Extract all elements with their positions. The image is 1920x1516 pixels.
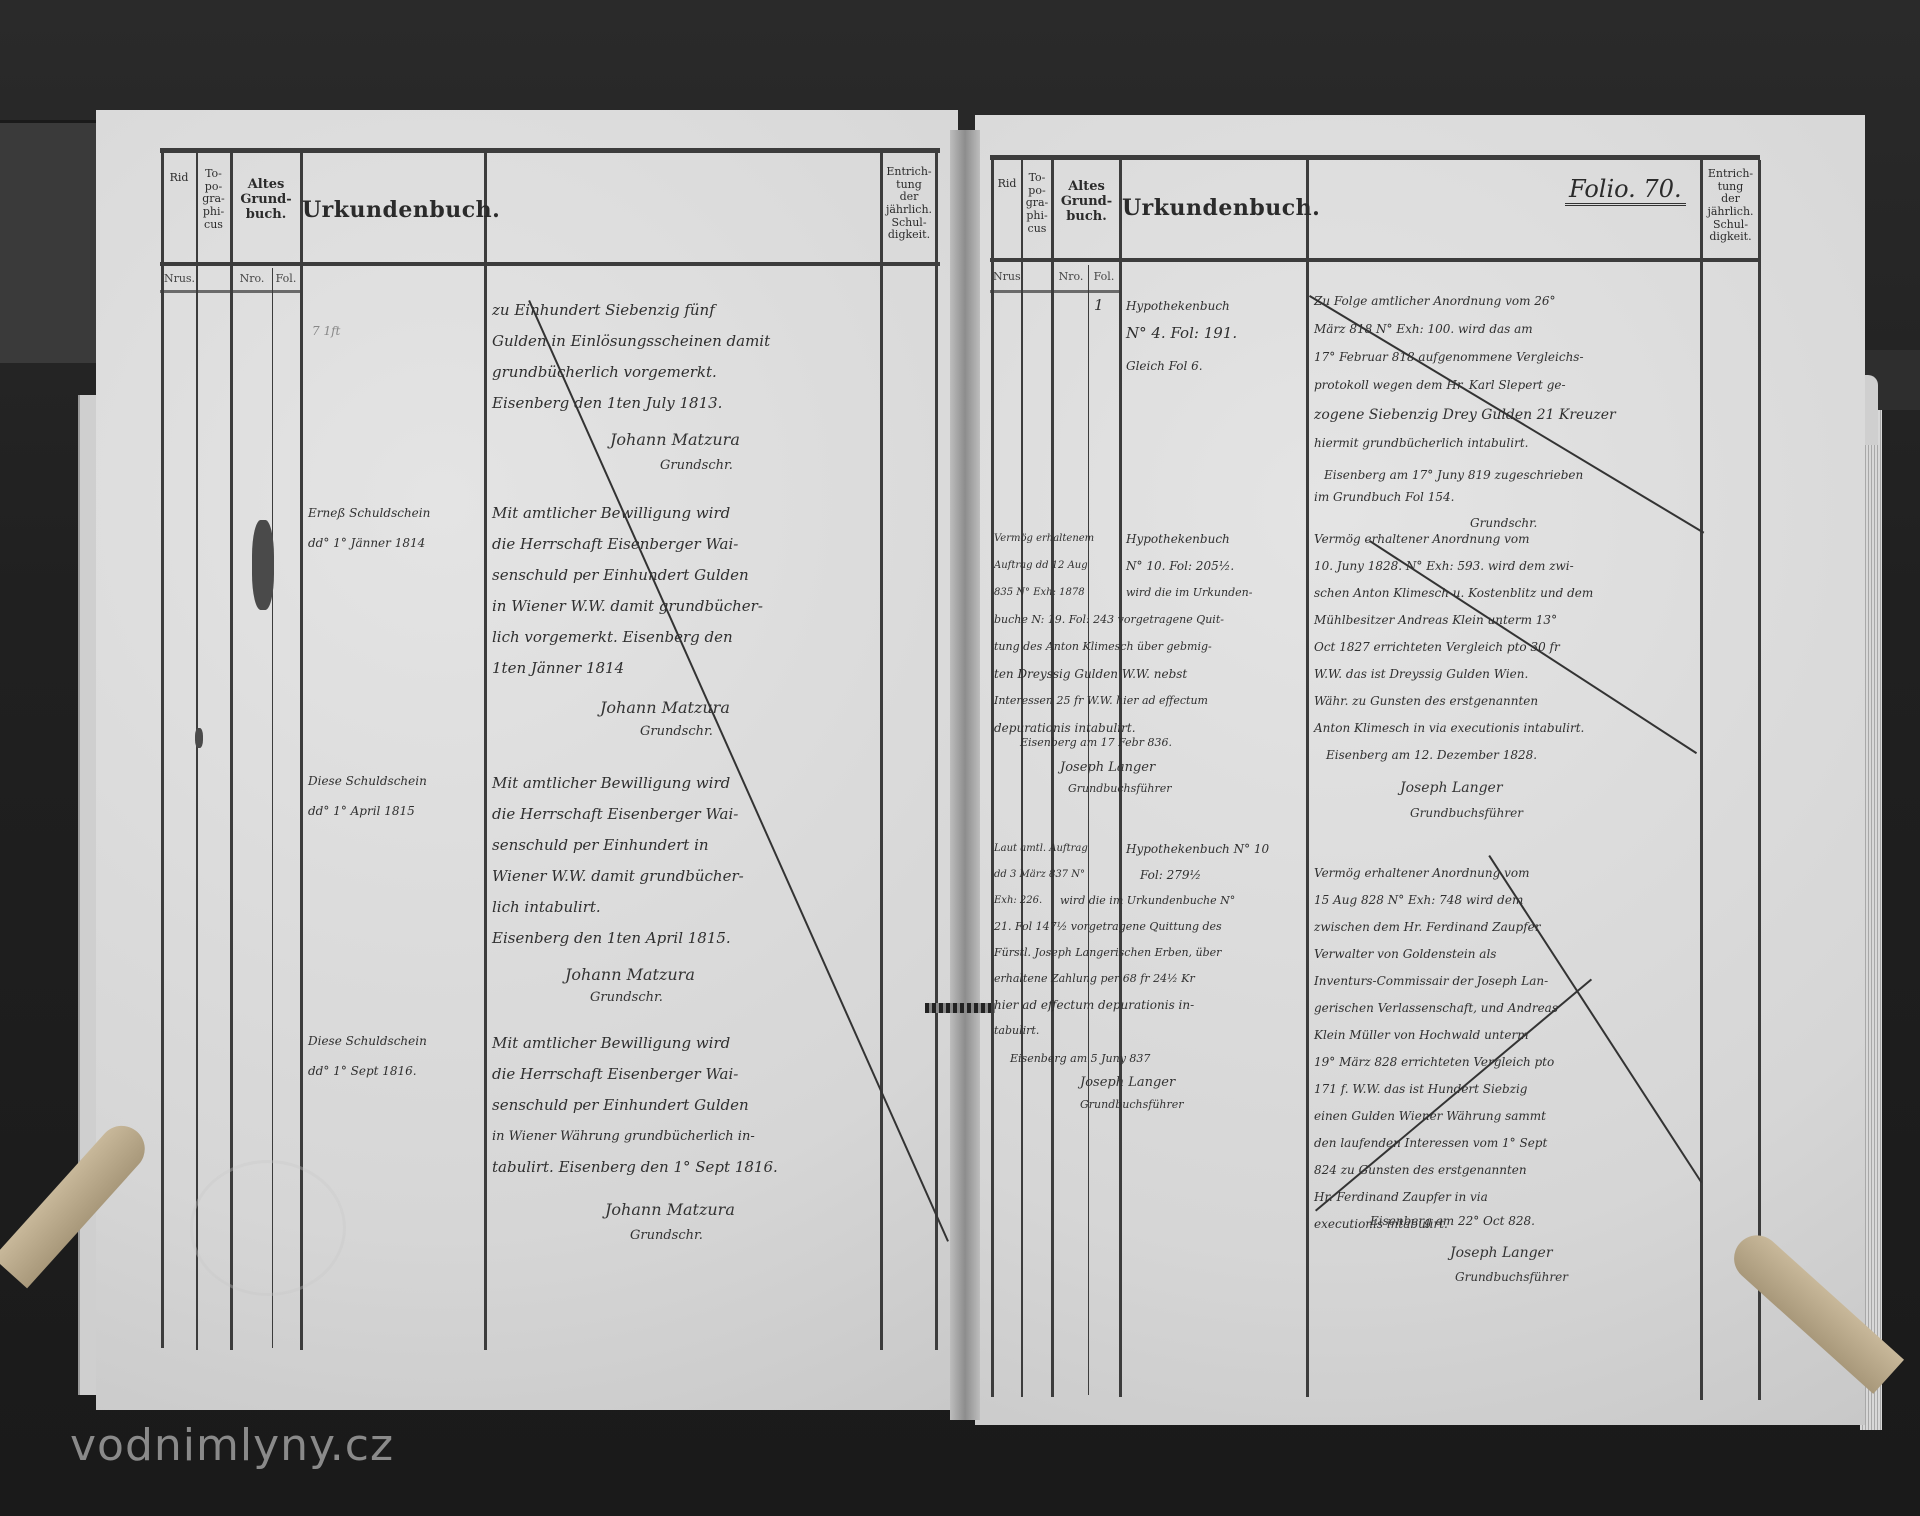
entry-reference: Erneß Schuldschein bbox=[308, 502, 430, 524]
right-col-line bbox=[1758, 160, 1761, 1400]
entry-line: senschuld per Einhundert Gulden bbox=[492, 560, 749, 591]
right-col-line bbox=[1088, 265, 1089, 1395]
right-col-line bbox=[1700, 160, 1703, 1400]
entry-line: die Herrschaft Eisenberger Wai- bbox=[492, 1059, 738, 1090]
entry-reference-text: Fürstl. Joseph Langerischen Erben, über bbox=[994, 942, 1221, 964]
entry-reference: dd° 1° Jänner 1814 bbox=[308, 532, 425, 554]
entry-line: Zu Folge amtlicher Anordnung vom 26° bbox=[1314, 290, 1556, 312]
signature-title: Grundbuchsführer bbox=[1455, 1270, 1568, 1284]
entry-line: den laufenden Interessen vom 1° Sept bbox=[1314, 1132, 1547, 1154]
signature-title: Grundbuchsführer bbox=[1410, 806, 1523, 820]
entry-line: 19° März 828 errichteten Vergleich pto bbox=[1314, 1051, 1554, 1073]
header-rid: Rid bbox=[993, 178, 1021, 191]
entry-reference-text: ten Dreyssig Gulden W.W. nebst bbox=[994, 663, 1187, 685]
entry-reference-text: wird die im Urkunden- bbox=[1126, 582, 1252, 604]
entry-line: März 818 N° Exh: 100. wird das am bbox=[1314, 318, 1533, 340]
subheader-fol: Fol. bbox=[1089, 270, 1119, 283]
entry-reference-text: tung des Anton Klimesch über gebmig- bbox=[994, 636, 1212, 658]
entry-line: zwischen dem Hr. Ferdinand Zaupfer bbox=[1314, 916, 1541, 938]
entry-line: senschuld per Einhundert in bbox=[492, 830, 709, 861]
entry-reference-text: Eisenberg am 17 Febr 836. bbox=[1020, 732, 1172, 754]
entry-line: senschuld per Einhundert Gulden bbox=[492, 1090, 749, 1121]
entry-reference: Diese Schuldschein bbox=[308, 770, 427, 792]
entry-line: in Wiener W.W. damit grundbücher- bbox=[492, 591, 763, 622]
entry-nro: 1 bbox=[1094, 290, 1104, 321]
entry-line: im Grundbuch Fol 154. bbox=[1314, 486, 1454, 508]
signature: Joseph Langer bbox=[1060, 760, 1155, 775]
right-col-line bbox=[991, 157, 994, 1397]
entry-line: Klein Müller von Hochwald unterm bbox=[1314, 1024, 1529, 1046]
entry-line: Eisenberg am 17° Juny 819 zugeschrieben bbox=[1324, 464, 1583, 486]
entry-line: tabulirt. Eisenberg den 1° Sept 1816. bbox=[492, 1152, 778, 1183]
right-top-rule bbox=[990, 155, 1760, 160]
entry-line: protokoll wegen dem Hr. Karl Slepert ge- bbox=[1314, 374, 1566, 396]
signature-title: Grundschr. bbox=[640, 724, 713, 739]
entry-line: lich vorgemerkt. Eisenberg den bbox=[492, 622, 733, 653]
entry-reference: dd° 1° April 1815 bbox=[308, 800, 415, 822]
header-rid: Rid bbox=[163, 172, 195, 185]
signature: Johann Matzura bbox=[605, 1200, 735, 1219]
right-col-line bbox=[1051, 157, 1054, 1397]
entry-reference-text: erhaltene Zahlung per 68 fr 24½ Kr bbox=[994, 968, 1195, 990]
subheader-nro: Nro. bbox=[1054, 270, 1088, 283]
entry-line: zu Einhundert Siebenzig fünf bbox=[492, 295, 715, 326]
header-urkundenbuch: Urkundenbuch. bbox=[1122, 196, 1306, 221]
entry-line: Mühlbesitzer Andreas Klein unterm 13° bbox=[1314, 609, 1557, 631]
entry-reference: Hypothekenbuch N° 10 bbox=[1126, 838, 1269, 860]
subheader-nro: Nro. bbox=[232, 272, 272, 285]
entry-reference: N° 4. Fol: 191. bbox=[1126, 318, 1237, 349]
entry-line: Wiener W.W. damit grundbücher- bbox=[492, 861, 744, 892]
left-col-line bbox=[196, 150, 198, 1350]
folio-number: Folio. 70. bbox=[1565, 175, 1686, 206]
book-gutter bbox=[950, 130, 980, 1420]
entry-line: zogene Siebenzig Drey Gulden 21 Kreuzer bbox=[1314, 404, 1616, 426]
entry-line: Währ. zu Gunsten des erstgenannten bbox=[1314, 690, 1538, 712]
left-top-rule bbox=[160, 148, 940, 153]
entry-line: die Herrschaft Eisenberger Wai- bbox=[492, 799, 738, 830]
right-col-line bbox=[1306, 157, 1309, 1397]
entry-line: Mit amtlicher Bewilligung wird bbox=[492, 1028, 730, 1059]
subheader-nrus: Nrus. bbox=[993, 270, 1021, 283]
entry-reference-text: Interessen 25 fr W.W. hier ad effectum bbox=[994, 690, 1208, 712]
entry-line: 10. Juny 1828. N° Exh: 593. wird dem zwi… bbox=[1314, 555, 1574, 577]
header-topographicus: To- po- gra- phi- cus bbox=[1023, 172, 1051, 235]
entry-reference: dd° 1° Sept 1816. bbox=[308, 1060, 417, 1082]
header-topographicus: To- po- gra- phi- cus bbox=[197, 168, 230, 231]
signature-title: Grundbuchsführer bbox=[1080, 1098, 1184, 1111]
entry-line: Mit amtlicher Bewilligung wird bbox=[492, 498, 730, 529]
ink-spot bbox=[195, 728, 203, 748]
header-altes-grundbuch: Altes Grund- buch. bbox=[1054, 180, 1119, 225]
binding-string bbox=[925, 1003, 995, 1013]
entry-line: 17° Februar 818 aufgenommene Vergleichs- bbox=[1314, 346, 1584, 368]
entry-line: schen Anton Klimesch u. Kostenblitz und … bbox=[1314, 582, 1593, 604]
signature: Joseph Langer bbox=[1450, 1245, 1553, 1261]
signature-title: Grundschr. bbox=[590, 990, 663, 1005]
entry-line: W.W. das ist Dreyssig Gulden Wien. bbox=[1314, 663, 1528, 685]
entry-reference-text: wird die im Urkundenbuche N° bbox=[1060, 890, 1235, 912]
entry-reference: Vermög erhaltenem bbox=[994, 528, 1094, 550]
entry-line: die Herrschaft Eisenberger Wai- bbox=[492, 529, 738, 560]
entry-reference: dd 3 März 837 N° bbox=[994, 864, 1085, 886]
entry-reference: Auftrag dd 12 Aug bbox=[994, 555, 1088, 577]
entry-line: 15 Aug 828 N° Exh: 748 wird dem bbox=[1314, 889, 1523, 911]
entry-reference: N° 10. Fol: 205½. bbox=[1126, 555, 1234, 577]
signature: Johann Matzura bbox=[565, 965, 695, 984]
header-entrichtung: Entrich- tung der jährlich. Schul- digke… bbox=[883, 166, 935, 242]
entry-line: Eisenberg am 22° Oct 828. bbox=[1370, 1210, 1535, 1232]
entry-reference-text: 21. Fol 147½ vorgetragene Quittung des bbox=[994, 916, 1222, 938]
entry-line: Eisenberg den 1ten April 1815. bbox=[492, 923, 731, 954]
left-col-line bbox=[880, 150, 883, 1350]
right-header-rule bbox=[990, 258, 1760, 262]
signature-title: Grundschr. bbox=[660, 458, 733, 473]
entry-reference: Fol: 279½ bbox=[1140, 864, 1201, 886]
entry-reference: Gleich Fol 6. bbox=[1126, 355, 1203, 377]
ink-stain bbox=[252, 520, 274, 610]
entry-reference-text: Eisenberg am 5 Juny 837 bbox=[1010, 1048, 1150, 1070]
signature: Joseph Langer bbox=[1400, 780, 1503, 796]
entry-line: lich intabulirt. bbox=[492, 892, 601, 923]
signature: Johann Matzura bbox=[610, 430, 740, 449]
left-col-line bbox=[484, 150, 487, 1350]
signature-title: Grundschr. bbox=[630, 1228, 703, 1243]
header-urkundenbuch: Urkundenbuch. bbox=[302, 198, 484, 223]
entry-line: gerischen Verlassenschaft, und Andreas bbox=[1314, 997, 1558, 1019]
watermark-logo-icon bbox=[190, 1160, 346, 1296]
entry-line: 1ten Jänner 1814 bbox=[492, 653, 624, 684]
right-col-line bbox=[1021, 157, 1023, 1397]
entry-line: Anton Klimesch in via executionis intabu… bbox=[1314, 717, 1584, 739]
entry-line: in Wiener Währung grundbücherlich in- bbox=[492, 1121, 755, 1152]
right-col-line bbox=[1119, 157, 1122, 1397]
entry-line: hiermit grundbücherlich intabulirt. bbox=[1314, 432, 1528, 454]
watermark-text: vodnimlyny.cz bbox=[70, 1420, 394, 1471]
entry-reference-text: hier ad effectum depurationis in- bbox=[994, 994, 1194, 1016]
entry-line: Vermög erhaltener Anordnung vom bbox=[1314, 528, 1529, 550]
left-header-rule bbox=[160, 262, 940, 266]
entry-reference: Hypothekenbuch bbox=[1126, 528, 1230, 550]
left-col-line bbox=[161, 148, 164, 1348]
header-entrichtung: Entrich- tung der jährlich. Schul- digke… bbox=[1703, 168, 1758, 244]
entry-line: Inventurs-Commissair der Joseph Lan- bbox=[1314, 970, 1548, 992]
entry-line: 824 zu Gunsten des erstgenannten bbox=[1314, 1159, 1527, 1181]
entry-line: Eisenberg am 12. Dezember 1828. bbox=[1326, 744, 1537, 766]
signature: Joseph Langer bbox=[1080, 1075, 1175, 1090]
margin-note: 7 1ft bbox=[312, 320, 340, 342]
subheader-nrus: Nrus. bbox=[163, 272, 196, 285]
entry-line: Eisenberg den 1ten July 1813. bbox=[492, 388, 722, 419]
subheader-fol: Fol. bbox=[272, 272, 300, 285]
entry-reference-text: tabulirt. bbox=[994, 1020, 1039, 1042]
left-col-line bbox=[935, 150, 938, 1350]
entry-line: 171 f. W.W. das ist Hundert Siebzig bbox=[1314, 1078, 1527, 1100]
entry-reference: 835 N° Exh: 1878 bbox=[994, 582, 1085, 604]
signature-title: Grundbuchsführer bbox=[1068, 782, 1172, 795]
header-altes-grundbuch: Altes Grund- buch. bbox=[232, 178, 300, 223]
entry-reference: Exh: 226. bbox=[994, 890, 1042, 912]
entry-line: grundbücherlich vorgemerkt. bbox=[492, 357, 717, 388]
entry-line: Gulden in Einlösungsscheinen damit bbox=[492, 326, 770, 357]
entry-reference: Laut amtl. Auftrag bbox=[994, 838, 1088, 860]
entry-reference-text: buche N: 19. Fol: 243 vorgetragene Quit- bbox=[994, 609, 1224, 631]
entry-reference: Hypothekenbuch bbox=[1126, 295, 1230, 317]
entry-line: Mit amtlicher Bewilligung wird bbox=[492, 768, 730, 799]
entry-line: Verwalter von Goldenstein als bbox=[1314, 943, 1496, 965]
entry-reference: Diese Schuldschein bbox=[308, 1030, 427, 1052]
